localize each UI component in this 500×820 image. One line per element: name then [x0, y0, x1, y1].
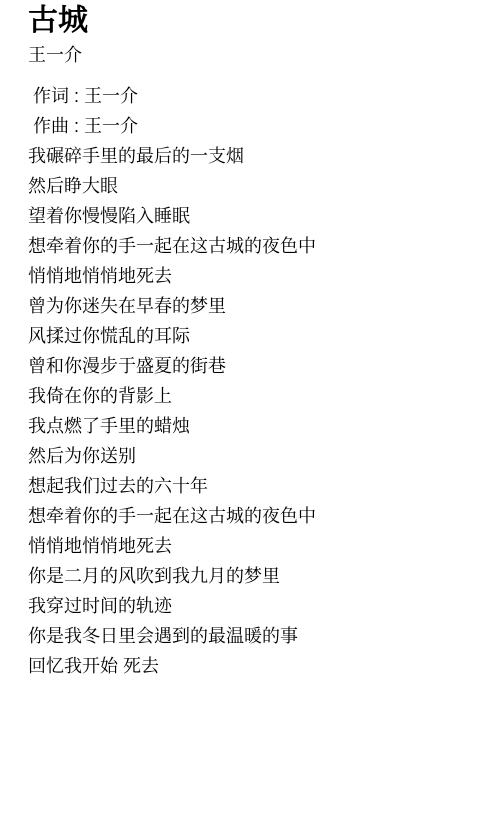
song-title: 古城 — [28, 2, 480, 40]
lyric-line: 我穿过时间的轨迹 — [28, 591, 480, 621]
lyric-line: 想牵着你的手一起在这古城的夜色中 — [28, 501, 480, 531]
lyric-line: 你是我冬日里会遇到的最温暖的事 — [28, 621, 480, 651]
credit-line-composer: 作曲 : 王一介 — [28, 111, 480, 141]
lyric-line: 想起我们过去的六十年 — [28, 471, 480, 501]
credit-line-lyricist: 作词 : 王一介 — [28, 81, 480, 111]
lyric-line: 我碾碎手里的最后的一支烟 — [28, 141, 480, 171]
lyric-line: 望着你慢慢陷入睡眠 — [28, 201, 480, 231]
lyric-line: 然后睁大眼 — [28, 171, 480, 201]
lyric-line: 想牵着你的手一起在这古城的夜色中 — [28, 231, 480, 261]
lyric-line: 然后为你送别 — [28, 441, 480, 471]
lyrics-page: 古城 王一介 作词 : 王一介 作曲 : 王一介 我碾碎手里的最后的一支烟 然后… — [0, 0, 500, 681]
lyric-line: 我倚在你的背影上 — [28, 381, 480, 411]
lyric-line: 风揉过你慌乱的耳际 — [28, 321, 480, 351]
artist-name: 王一介 — [28, 40, 480, 70]
lyric-line: 悄悄地悄悄地死去 — [28, 261, 480, 291]
lyric-line: 曾和你漫步于盛夏的街巷 — [28, 351, 480, 381]
lyric-line: 曾为你迷失在早春的梦里 — [28, 291, 480, 321]
lyric-line: 我点燃了手里的蜡烛 — [28, 411, 480, 441]
lyrics-block: 作词 : 王一介 作曲 : 王一介 我碾碎手里的最后的一支烟 然后睁大眼 望着你… — [28, 81, 480, 681]
lyric-line: 悄悄地悄悄地死去 — [28, 531, 480, 561]
lyric-line: 回忆我开始 死去 — [28, 651, 480, 681]
lyric-line: 你是二月的风吹到我九月的梦里 — [28, 561, 480, 591]
